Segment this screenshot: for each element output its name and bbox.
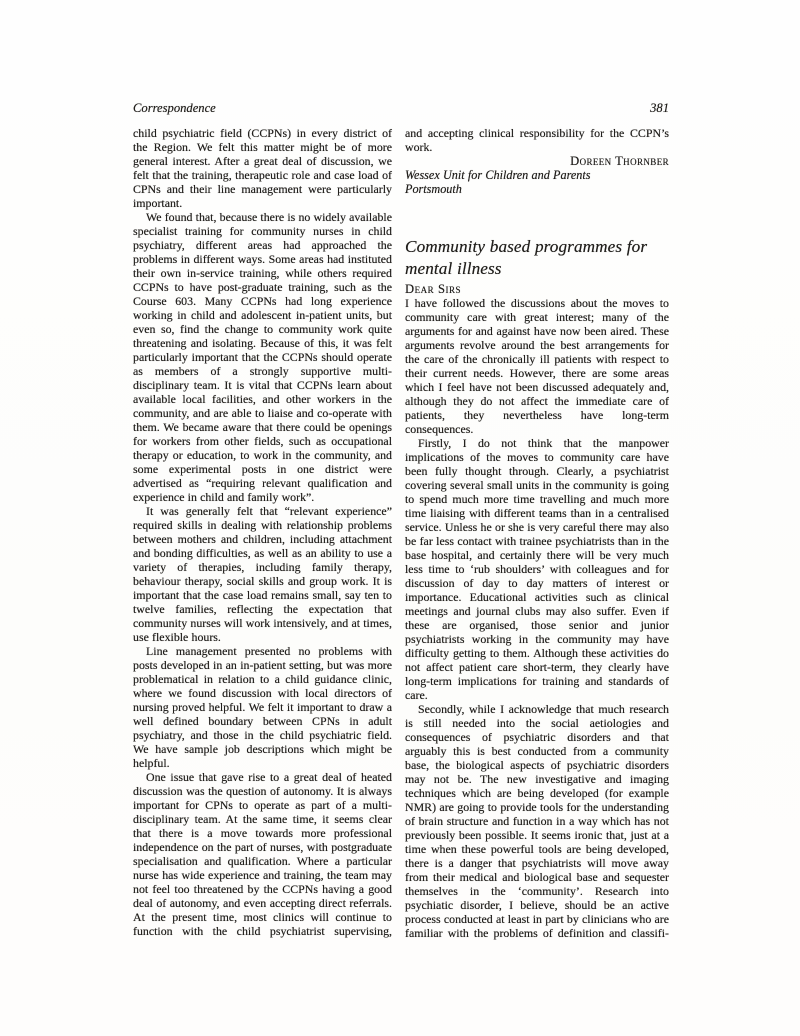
- letter1-affiliation: Wessex Unit for Children and Parents: [405, 168, 669, 182]
- right-column: and accepting clinical responsibility fo…: [405, 126, 669, 940]
- page-number: 381: [650, 101, 669, 116]
- letter1-closing-paragraph: and accepting clinical responsibility fo…: [405, 126, 669, 154]
- running-head: Correspondence 381: [133, 101, 669, 117]
- journal-page-scan: Correspondence 381 child psychiatric fie…: [0, 0, 800, 1036]
- letter1-paragraph: child psychiatric field (CCPNs) in every…: [133, 126, 392, 210]
- letter1-paragraph: One issue that gave rise to a great deal…: [133, 770, 392, 938]
- letter2-title: Community based programmes for mental il…: [405, 236, 669, 280]
- letter1-paragraph: We found that, because there is no widel…: [133, 210, 392, 504]
- letter2-salutation: Dear Sirs: [405, 282, 669, 296]
- letter1-author-signature: Doreen Thornber: [405, 154, 669, 168]
- letter2-paragraph: Secondly, while I acknowledge that much …: [405, 702, 669, 940]
- left-column: child psychiatric field (CCPNs) in every…: [133, 126, 392, 938]
- running-head-section-title: Correspondence: [133, 101, 216, 116]
- letter1-paragraph: Line management presented no problems wi…: [133, 644, 392, 770]
- letter2-paragraph: Firstly, I do not think that the manpowe…: [405, 436, 669, 702]
- letter1-paragraph: It was generally felt that “relevant exp…: [133, 504, 392, 644]
- letter2-paragraph: I have followed the discussions about th…: [405, 296, 669, 436]
- letter1-location: Portsmouth: [405, 182, 669, 196]
